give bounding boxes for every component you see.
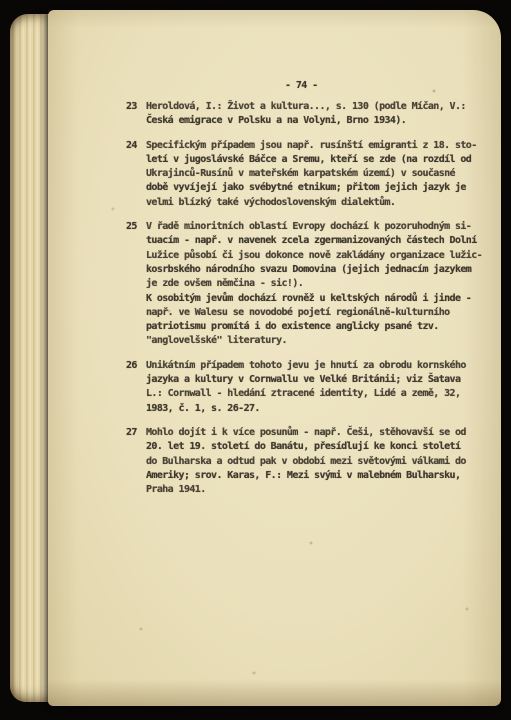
paper-specks [48, 10, 50, 12]
note-line: do Bulharska a odtud pak v období mezi s… [146, 455, 482, 469]
note-line: Ameriky; srov. Karas, F.: Mezi svými v m… [146, 469, 482, 483]
note-line: Mohlo dojít i k více posunům - např. Češ… [146, 426, 482, 440]
note-line: 20. let 19. století do Banátu, přesídluj… [146, 440, 482, 454]
note-line: Specifickým případem jsou např. rusínští… [146, 139, 482, 153]
endnote: 24Specifickým případem jsou např. rusínš… [126, 139, 482, 210]
endnote: 25V řadě minoritních oblastí Evropy doch… [126, 220, 482, 349]
note-line: V řadě minoritních oblastí Evropy docház… [146, 220, 482, 234]
note-number: 25 [126, 220, 146, 234]
note-line: jazyka a kultury v Cornwallu ve Velké Br… [146, 373, 482, 387]
note-line: kosrbského národního svazu Domovina (jej… [146, 263, 482, 277]
note-line: 1983, č. 1, s. 26-27. [146, 402, 482, 416]
endnote: 26Unikátním případem tohoto jevu je hnut… [126, 359, 482, 416]
note-text: V řadě minoritních oblastí Evropy docház… [146, 220, 482, 349]
note-line: Unikátním případem tohoto jevu je hnutí … [146, 359, 482, 373]
note-line: Česká emigrace v Polsku a na Volyni, Brn… [146, 114, 482, 128]
note-number: 26 [126, 359, 146, 373]
note-text: Heroldová, I.: Život a kultura..., s. 13… [146, 100, 482, 129]
note-line: velmi blízký také východoslovenským dial… [146, 196, 482, 210]
note-line: době vyvíjejí jako svébytné etnikum; při… [146, 181, 482, 195]
book-page: - 74 - 23Heroldová, I.: Život a kultura.… [48, 10, 501, 706]
note-line: tuacím - např. v navenek zcela zgermaniz… [146, 234, 482, 248]
endnotes-list: 23Heroldová, I.: Život a kultura..., s. … [126, 100, 482, 507]
scanned-book-page-photo: - 74 - 23Heroldová, I.: Život a kultura.… [0, 0, 511, 720]
note-line: např. ve Walesu se novodobé pojetí regio… [146, 306, 482, 320]
note-number: 23 [126, 100, 146, 114]
note-line: L.: Cornwall - hledání ztracené identity… [146, 387, 482, 401]
note-line: Heroldová, I.: Život a kultura..., s. 13… [146, 100, 482, 114]
note-line: Ukrajinců-Rusínů v mateřském karpatském … [146, 167, 482, 181]
note-number: 24 [126, 139, 146, 153]
note-line: Praha 1941. [146, 483, 482, 497]
note-line: letí v jugoslávské Báčce a Sremu, kteří … [146, 153, 482, 167]
endnote: 23Heroldová, I.: Život a kultura..., s. … [126, 100, 482, 129]
page-number: - 74 - [285, 80, 318, 91]
endnote: 27Mohlo dojít i k více posunům - např. Č… [126, 426, 482, 497]
note-text: Mohlo dojít i k více posunům - např. Češ… [146, 426, 482, 497]
note-line: K osobitým jevům dochází rovněž u keltsk… [146, 292, 482, 306]
note-line: patriotismu promítá i do existence angli… [146, 320, 482, 334]
note-number: 27 [126, 426, 146, 440]
note-line: je zde ovšem němčina - sic!). [146, 277, 482, 291]
note-text: Specifickým případem jsou např. rusínští… [146, 139, 482, 210]
note-text: Unikátním případem tohoto jevu je hnutí … [146, 359, 482, 416]
note-line: "anglovelšské" literatury. [146, 334, 482, 348]
note-line: Lužice působí či jsou dokonce nově zaklá… [146, 249, 482, 263]
